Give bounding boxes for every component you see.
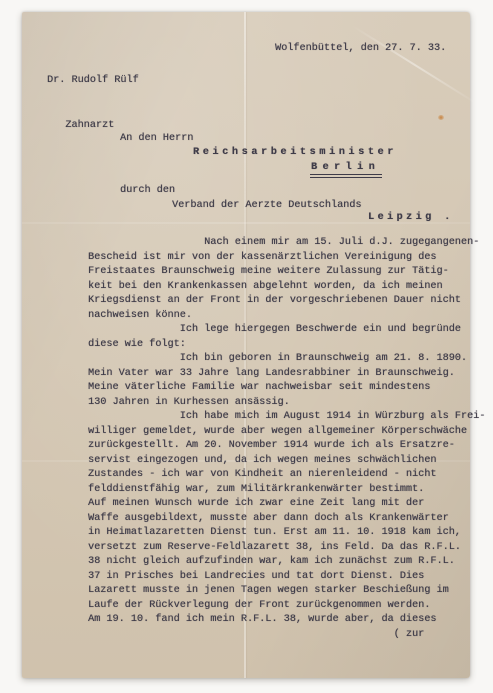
body-line: Ich bin geboren in Braunschweig am 21. 8… <box>88 352 485 367</box>
diagonal-crease <box>351 24 479 105</box>
body-line: 38 nicht gleich aufzufinden war, kam ich… <box>88 555 485 570</box>
body-line: versetzt zum Reserve-Feldlazarett 38, in… <box>88 541 485 556</box>
body-line: ( zur <box>88 628 485 643</box>
body-line: Meine väterliche Familie war nachweisbar… <box>88 381 485 396</box>
body-line: Am 19. 10. fand ich mein R.F.L. 38, wurd… <box>88 613 485 628</box>
sender-title: Zahnarzt <box>47 118 139 133</box>
recipient-ministry: Reichsarbeitsminister <box>193 147 397 158</box>
recipient-city: Berlin <box>310 162 382 178</box>
body-line: Auf meinen Wunsch wurde ich zwar eine Ze… <box>88 497 485 512</box>
recipient-org-city-punct: . <box>435 212 454 223</box>
dateline: Wolfenbüttel, den 27. 7. 33. <box>275 43 446 54</box>
recipient-org: Verband der Aerzte Deutschlands <box>172 200 362 211</box>
body-line: in Heimatlazaretten Dienst tun. Erst am … <box>88 526 485 541</box>
recipient-city-underlined: Berlin <box>310 162 382 178</box>
body-line: servist eingezogen und, da ich wegen mei… <box>88 454 485 469</box>
body-line: Laufe der Rückverlegung der Front zurück… <box>88 599 485 614</box>
rust-stain <box>438 115 444 120</box>
body-line: zurückgestellt. Am 20. November 1914 wur… <box>88 439 485 454</box>
body-line: keit bei den Krankenkassen abgelehnt wor… <box>88 280 485 295</box>
letter-page: Dr. Rudolf Rülf Zahnarzt Wolfenbüttel, d… <box>22 12 470 678</box>
body-line: Mein Vater war 33 Jahre lang Landesrabbi… <box>88 367 485 382</box>
body-line: Waffe ausgebildext, musste aber dann doc… <box>88 512 485 527</box>
recipient-salutation: An den Herrn <box>120 133 193 144</box>
recipient-via: durch den <box>120 185 175 196</box>
body-line: Zustandes - ich war von Kindheit an nier… <box>88 468 485 483</box>
sender-name: Dr. Rudolf Rülf <box>47 73 139 88</box>
sender-block: Dr. Rudolf Rülf Zahnarzt <box>47 43 139 163</box>
body-line: Kriegsdienst an der Front in der vorgesc… <box>88 294 485 309</box>
body-line: Ich lege hiergegen Beschwerde ein und be… <box>88 323 485 338</box>
body-line: Nach einem mir am 15. Juli d.J. zugegang… <box>88 236 485 251</box>
letter-body: Nach einem mir am 15. Juli d.J. zugegang… <box>88 236 485 642</box>
body-line: Ich habe mich im August 1914 in Würzburg… <box>88 410 485 425</box>
recipient-org-city: Leipzig . <box>368 212 454 223</box>
body-line: 37 in Prisches bei Landrecies und tat do… <box>88 570 485 585</box>
body-line: nachweisen könne. <box>88 309 485 324</box>
photo-backdrop: Dr. Rudolf Rülf Zahnarzt Wolfenbüttel, d… <box>0 0 493 693</box>
body-line: Bescheid ist mir von der kassenärztliche… <box>88 251 485 266</box>
body-line: williger gemeldet, wurde aber wegen allg… <box>88 425 485 440</box>
body-line: Lazarett musste in jenen Tagen wegen sta… <box>88 584 485 599</box>
body-line: Freistaates Braunschweig meine weitere Z… <box>88 265 485 280</box>
body-line: felddienstfähig war, zum Militärkrankenw… <box>88 483 485 498</box>
body-line: 130 Jahren in Kurhessen ansässig. <box>88 396 485 411</box>
recipient-org-city-word: Leipzig <box>368 212 435 223</box>
body-line: diese wie folgt: <box>88 338 485 353</box>
